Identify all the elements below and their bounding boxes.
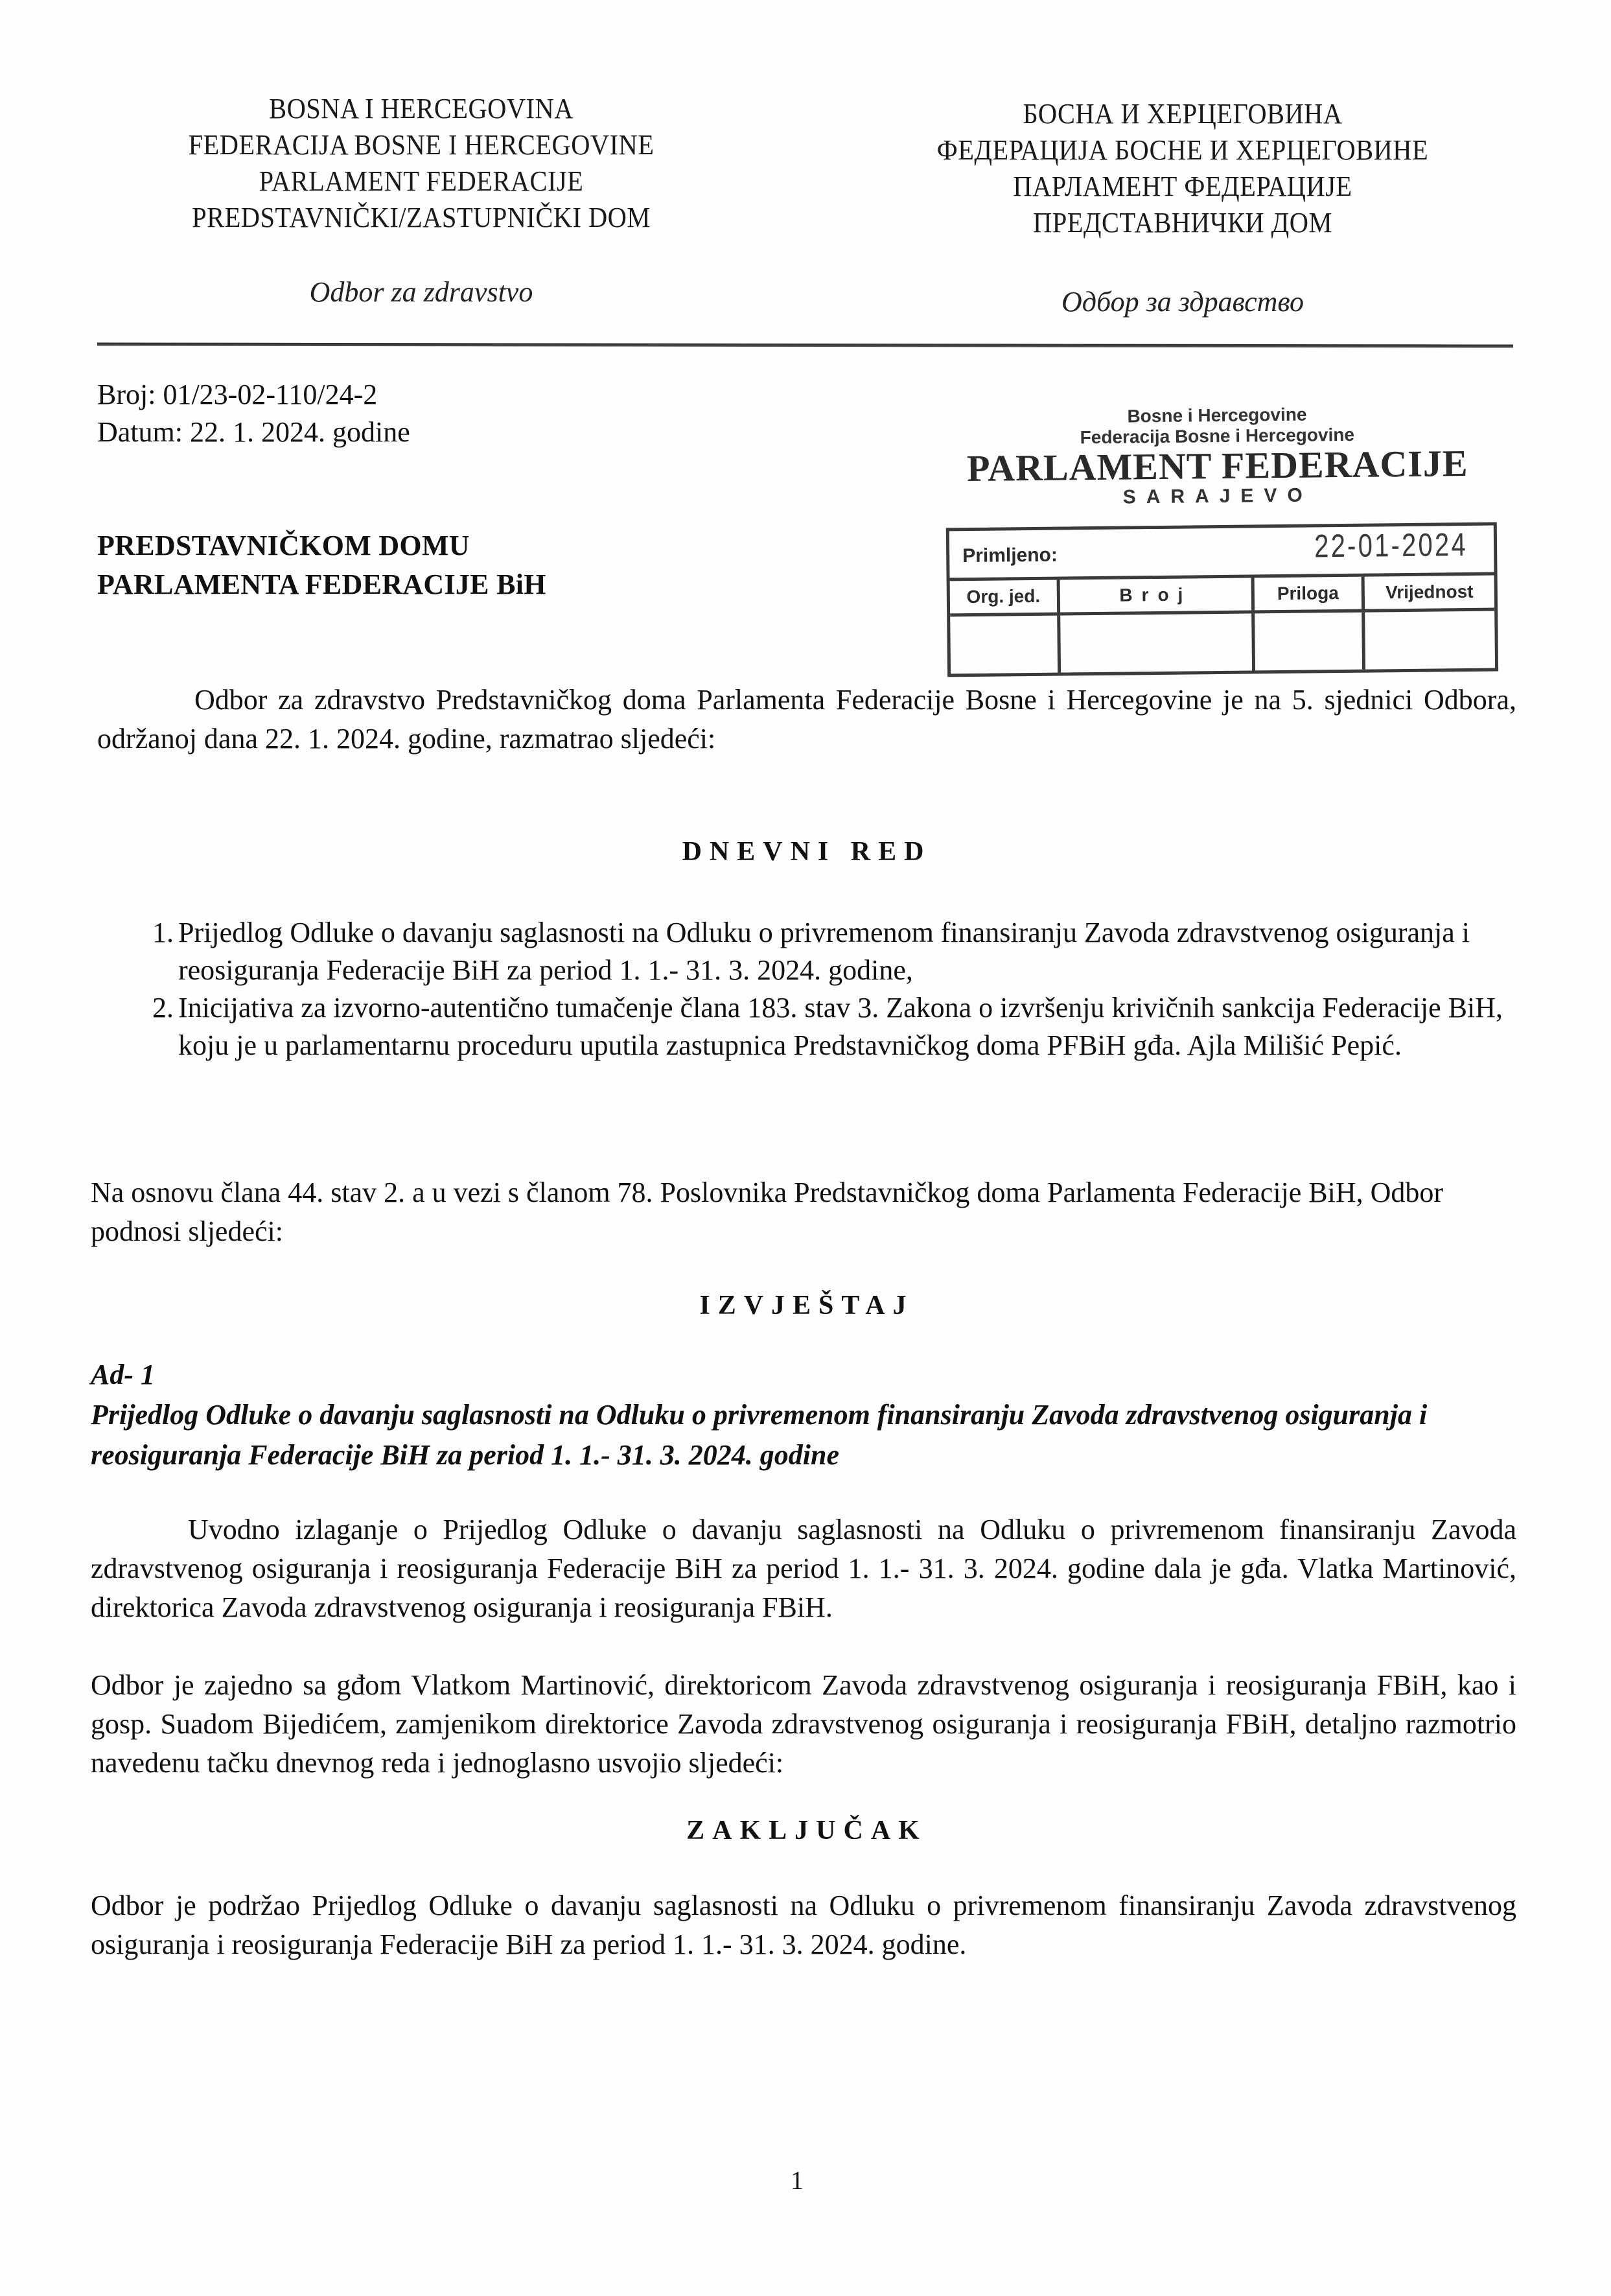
agenda-item: 1. Prijedlog Odluke o davanju saglasnost…: [152, 914, 1513, 989]
stamp-cell: [1365, 611, 1495, 670]
received-stamp: Bosne i Hercegovine Federacija Bosne i H…: [932, 402, 1505, 680]
document-meta: Broj: 01/23-02-110/24-2 Datum: 22. 1. 20…: [97, 376, 745, 451]
header-right-line: ФЕДЕРАЦИЈА БОСНЕ И ХЕРЦЕГОВИНЕ: [870, 132, 1496, 169]
agenda-list: 1. Prijedlog Odluke o davanju saglasnost…: [152, 914, 1513, 1064]
ad-title: Prijedlog Odluke o davanju saglasnosti n…: [91, 1395, 1542, 1475]
discussion-paragraph: Odbor je zajedno sa gđom Vlatkom Martino…: [91, 1666, 1516, 1783]
header-right-line: ПРЕДСТАВНИЧКИ ДОМ: [870, 205, 1496, 241]
intro-presentation-text: Uvodno izlaganje o Prijedlog Odluke o da…: [91, 1514, 1516, 1623]
agenda-item-text: Inicijativa za izvorno-autentično tumače…: [178, 989, 1513, 1064]
stamp-empty-cells: [950, 611, 1495, 674]
intro-presentation-paragraph: Uvodno izlaganje o Prijedlog Odluke o da…: [91, 1510, 1516, 1627]
header-right-line: ПАРЛАМЕНТ ФЕДЕРАЦИЈЕ: [870, 169, 1496, 205]
stamp-received-label: Primljeno:: [962, 545, 1058, 568]
header-left-line: PREDSTAVNIČKI/ZASTUPNIČKI DOM: [123, 200, 719, 236]
report-title: IZVJEŠTAJ: [97, 1290, 1516, 1321]
agenda-item: 2. Inicijativa za izvorno-autentično tum…: [152, 989, 1513, 1064]
header-left: BOSNA I HERCEGOVINA FEDERACIJA BOSNE I H…: [123, 91, 719, 236]
stamp-cell: [950, 616, 1061, 674]
addressee-line: PREDSTAVNIČKOM DOMU: [97, 526, 810, 565]
stamp-col-broj: Broj: [1060, 578, 1255, 612]
document-page: BOSNA I HERCEGOVINA FEDERACIJA BOSNE I H…: [0, 0, 1611, 2296]
stamp-cell: [1255, 613, 1365, 671]
stamp-col-vrijednost: Vrijednost: [1365, 576, 1495, 609]
intro-paragraph: Odbor za zdravstvo Predstavničkog doma P…: [97, 681, 1516, 758]
ad-label: Ad- 1: [91, 1355, 1542, 1395]
header-divider: [97, 342, 1513, 347]
stamp-received-row: Primljeno: 22-01-2024: [949, 526, 1494, 581]
ad-1-heading: Ad- 1 Prijedlog Odluke o davanju saglasn…: [91, 1355, 1542, 1475]
stamp-cell: [1060, 613, 1255, 672]
stamp-col-priloga: Priloga: [1255, 577, 1365, 611]
stamp-table: Primljeno: 22-01-2024 Org. jed. Broj Pri…: [946, 522, 1498, 677]
stamp-received-date: 22-01-2024: [1314, 526, 1468, 565]
conclusion-paragraph: Odbor je podržao Prijedlog Odluke o dava…: [91, 1886, 1516, 1964]
addressee-line: PARLAMENTA FEDERACIJE BiH: [97, 565, 810, 604]
stamp-title: PARLAMENT FEDERACIJE: [932, 443, 1503, 488]
conclusion-title: ZAKLJUČAK: [97, 1815, 1516, 1846]
agenda-title: DNEVNI RED: [97, 836, 1516, 867]
intro-text: Odbor za zdravstvo Predstavničkog doma P…: [97, 684, 1516, 755]
header-left-line: FEDERACIJA BOSNE I HERCEGOVINE: [123, 127, 719, 163]
basis-paragraph: Na osnovu člana 44. stav 2. a u vezi s č…: [91, 1173, 1471, 1251]
agenda-item-text: Prijedlog Odluke o davanju saglasnosti n…: [178, 914, 1513, 989]
stamp-column-headers: Org. jed. Broj Priloga Vrijednost: [950, 576, 1495, 617]
addressee: PREDSTAVNIČKOM DOMU PARLAMENTA FEDERACIJ…: [97, 526, 810, 604]
page-number: 1: [745, 2165, 849, 2196]
document-date: Datum: 22. 1. 2024. godine: [97, 414, 745, 451]
committee-name-latin: Odbor za zdravstvo: [97, 275, 745, 309]
agenda-item-number: 1.: [152, 914, 178, 989]
document-number: Broj: 01/23-02-110/24-2: [97, 376, 745, 414]
header-left-line: PARLAMENT FEDERACIJE: [123, 163, 719, 200]
header-right: БОСНА И ХЕРЦЕГОВИНА ФЕДЕРАЦИЈА БОСНЕ И Х…: [870, 96, 1496, 241]
committee-name-cyrillic: Одбор за здравство: [842, 285, 1523, 318]
header-right-line: БОСНА И ХЕРЦЕГОВИНА: [870, 96, 1496, 132]
agenda-item-number: 2.: [152, 989, 178, 1064]
stamp-col-org: Org. jed.: [950, 580, 1061, 614]
header-left-line: BOSNA I HERCEGOVINA: [123, 91, 719, 127]
